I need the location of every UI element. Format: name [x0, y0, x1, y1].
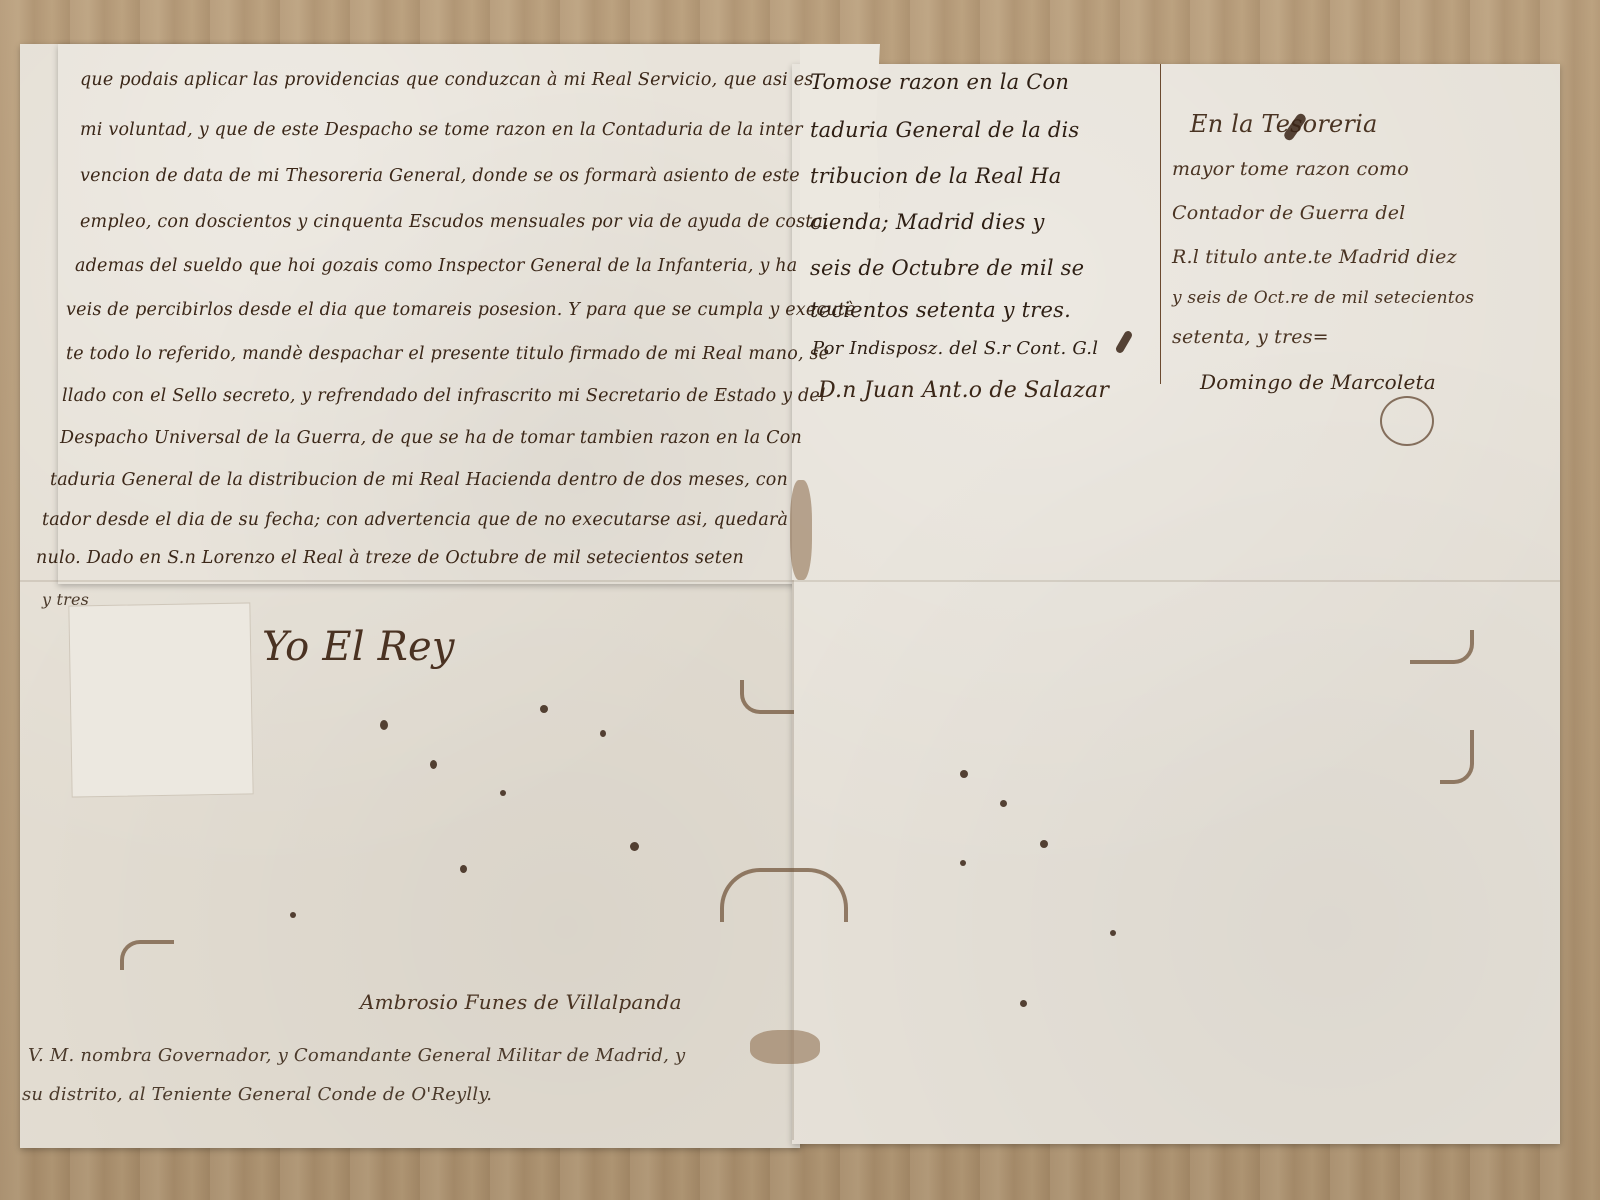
royal-signature: Yo El Rey	[262, 624, 455, 670]
ink-blot	[500, 790, 506, 796]
body-line: taduria General de la distribucion de mi…	[50, 470, 788, 490]
ink-blot	[380, 720, 388, 730]
note-line: Por Indisposz. del S.r Cont. G.l	[812, 338, 1098, 359]
note-line: tecientos setenta y tres.	[810, 298, 1071, 322]
wax-stain	[790, 480, 812, 580]
body-line: mi voluntad, y que de este Despacho se t…	[80, 120, 803, 140]
ink-blot	[600, 730, 606, 737]
note-line: tribucion de la Real Ha	[810, 164, 1062, 188]
rubric-flourish	[1380, 396, 1434, 446]
ink-blot	[630, 842, 639, 851]
moisture-stain	[120, 940, 174, 970]
body-line: te todo lo referido, mandè despachar el …	[66, 344, 829, 364]
footer-line: V. M. nombra Governador, y Comandante Ge…	[28, 1045, 685, 1066]
note-line: taduria General de la dis	[810, 118, 1079, 142]
note-line: seis de Octubre de mil se	[810, 256, 1084, 280]
salazar-signature: D.n Juan Ant.o de Salazar	[818, 378, 1109, 403]
ink-blot	[1110, 930, 1116, 936]
body-line: llado con el Sello secreto, y refrendado…	[62, 386, 826, 406]
body-line: veis de percibirlos desde el dia que tom…	[66, 300, 856, 320]
marcoleta-signature: Domingo de Marcoleta	[1200, 370, 1436, 394]
ink-blot	[460, 865, 467, 873]
ink-blot	[960, 770, 968, 778]
ink-blot	[960, 860, 966, 866]
ink-blot	[430, 760, 437, 769]
ink-blot	[1040, 840, 1048, 848]
note-line: R.l titulo ante.te Madrid diez	[1172, 246, 1457, 268]
note-line: cienda; Madrid dies y	[810, 210, 1045, 234]
body-line: vencion de data de mi Thesoreria General…	[80, 166, 800, 186]
body-line: Despacho Universal de la Guerra, de que …	[60, 428, 802, 448]
body-line: empleo, con doscientos y cinquenta Escud…	[80, 212, 829, 232]
ink-blot	[290, 912, 296, 918]
footer-line: su distrito, al Teniente General Conde d…	[22, 1084, 492, 1105]
note-line: Contador de Guerra del	[1172, 202, 1405, 224]
moisture-stain	[740, 680, 794, 714]
secretary-signature: Ambrosio Funes de Villalpanda	[360, 990, 682, 1014]
ink-blot	[1020, 1000, 1027, 1007]
moisture-stain	[720, 868, 848, 922]
wax-stain	[750, 1030, 820, 1064]
body-line: ademas del sueldo que hoi gozais como In…	[75, 256, 797, 276]
moisture-stain	[1440, 730, 1474, 784]
ink-blot	[540, 705, 548, 713]
body-line: nulo. Dado en S.n Lorenzo el Real à trez…	[36, 548, 744, 568]
column-divider-rule	[1160, 64, 1161, 384]
note-line: mayor tome razon como	[1172, 158, 1409, 180]
note-line: Tomose razon en la Con	[810, 70, 1069, 94]
note-line: y seis de Oct.re de mil setecientos	[1172, 288, 1474, 308]
ink-blot	[1000, 800, 1007, 807]
note-line: setenta, y tres=	[1172, 326, 1329, 348]
body-line: que podais aplicar las providencias que …	[80, 70, 813, 90]
moisture-stain	[1410, 630, 1474, 664]
horizontal-fold-line	[20, 580, 1560, 582]
body-line: tador desde el dia de su fecha; con adve…	[42, 510, 788, 530]
paper-seal-patch	[68, 602, 253, 797]
